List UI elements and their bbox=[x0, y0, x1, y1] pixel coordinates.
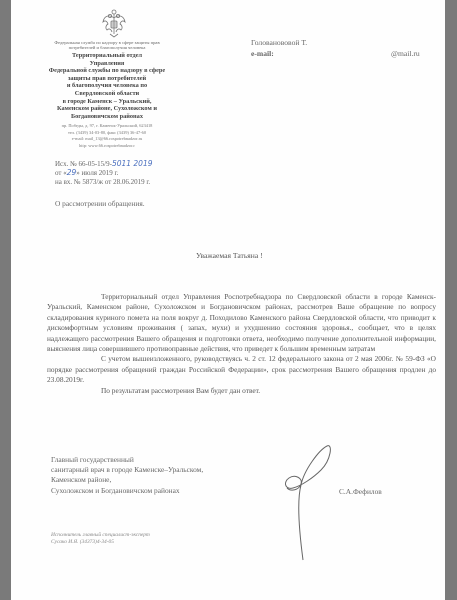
department-line: Свердловской области bbox=[33, 90, 181, 98]
body-paragraph: С учетом вышеизложенного, руководствуясь… bbox=[47, 354, 436, 385]
handwritten-signature-icon bbox=[279, 440, 349, 570]
department-line: Федеральной службы по надзору в сфере bbox=[33, 67, 181, 75]
department-line: Богдановичском районах bbox=[33, 113, 181, 121]
department-name: Территориальный отдел Управления Федерал… bbox=[33, 52, 181, 120]
agency-name-small: Федеральная служба по надзору в сфере за… bbox=[33, 40, 181, 50]
department-line: Территориальный отдел bbox=[33, 52, 181, 60]
body-paragraph: По результатам рассмотрения Вам будет да… bbox=[47, 386, 436, 396]
title-line: санитарный врач в городе Каменске–Уральс… bbox=[51, 465, 203, 475]
date-prefix: от « bbox=[55, 169, 67, 177]
letter-body: Территориальный отдел Управления Роспотр… bbox=[47, 292, 436, 396]
title-line: Сухоложском и Богдановичском районах bbox=[51, 486, 203, 496]
agency-line: потребителей и благополучия человека bbox=[33, 45, 181, 50]
department-line: Каменском районе, Сухоложском и bbox=[33, 105, 181, 113]
handwritten-day: 29 bbox=[67, 168, 77, 177]
website: http: www.66.rospotrebnadzor.r bbox=[33, 143, 181, 150]
letter-page: Федеральная служба по надзору в сфере за… bbox=[11, 0, 445, 600]
signatory-title: Главный государственный санитарный врач … bbox=[51, 455, 203, 496]
department-line: в городе Каменск – Уральский, bbox=[33, 98, 181, 106]
department-line: Управления bbox=[33, 60, 181, 68]
department-contacts: пр. Победы, д. 97, г. Каменск-Уральский,… bbox=[33, 123, 181, 149]
department-line: защиты прав потребителей bbox=[33, 75, 181, 83]
department-line: и благополучия человека по bbox=[33, 82, 181, 90]
recipient-name: Голованововой Т. bbox=[251, 38, 307, 47]
date-suffix: » июля 2019 г. bbox=[76, 169, 118, 177]
recipient-email-domain: @mail.ru bbox=[391, 49, 420, 58]
handwritten-number: 5011 2019 bbox=[112, 159, 153, 168]
incoming-reference: на вх. № 5873/ж от 28.06.2019 г. bbox=[55, 178, 150, 187]
body-paragraph: Территориальный отдел Управления Роспотр… bbox=[47, 292, 436, 354]
executor-contact: Сусако И.Я. (34373)4-34-05 bbox=[51, 539, 150, 546]
title-line: Каменском районе, bbox=[51, 475, 203, 485]
recipient-email-label: e-mail: bbox=[251, 49, 274, 58]
double-headed-eagle-emblem-icon bbox=[101, 8, 127, 38]
signatory-name: С.А.Фефилов bbox=[339, 487, 382, 496]
title-line: Главный государственный bbox=[51, 455, 203, 465]
executor-info: Исполнитель главный специалист-эксперт С… bbox=[51, 532, 150, 546]
letter-subject: О рассмотрении обращения. bbox=[55, 199, 145, 208]
outgoing-date: от «29» июля 2019 г. bbox=[55, 169, 118, 178]
outgoing-prefix: Исх. № 66-05-15/9- bbox=[55, 160, 112, 168]
executor-title: Исполнитель главный специалист-эксперт bbox=[51, 532, 150, 539]
salutation: Уважаемая Татьяна ! bbox=[196, 251, 263, 260]
